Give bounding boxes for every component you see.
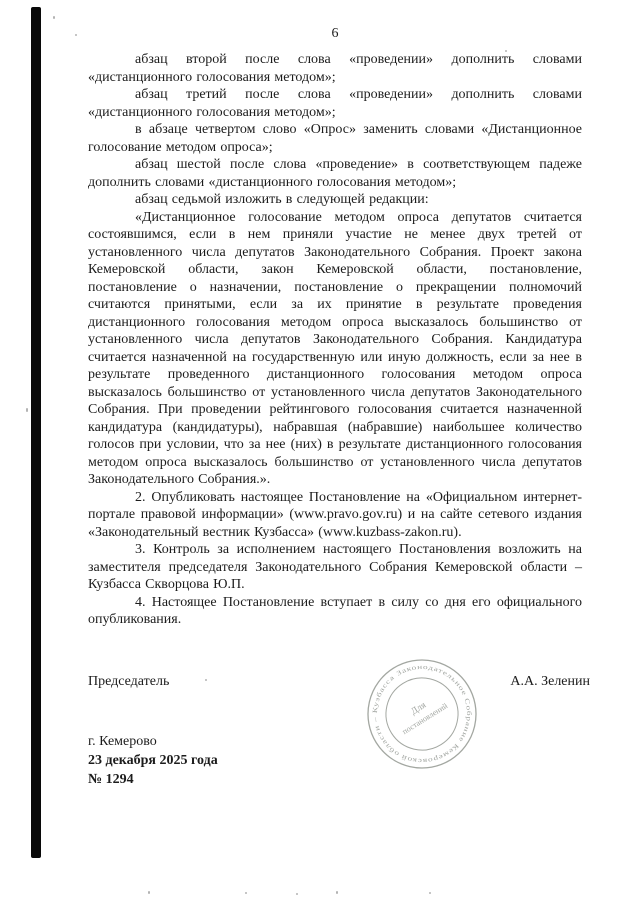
signature-name: А.А. Зеленин xyxy=(510,674,590,690)
scan-speck xyxy=(429,892,431,894)
paragraph: 4. Настоящее Постановление вступает в си… xyxy=(88,594,582,629)
paragraph: абзац седьмой изложить в следующей редак… xyxy=(88,191,582,209)
stamp-outer-ring xyxy=(364,656,480,772)
scan-speck xyxy=(245,892,247,894)
scan-speck xyxy=(505,50,507,52)
scan-speck xyxy=(53,16,55,19)
paragraph: 3. Контроль за исполнением настоящего По… xyxy=(88,541,582,594)
paragraph: абзац второй после слова «проведении» до… xyxy=(88,51,582,86)
paragraph: 2. Опубликовать настоящее Постановление … xyxy=(88,489,582,542)
scan-speck xyxy=(75,34,77,36)
footer-doc-number: № 1294 xyxy=(88,770,218,789)
official-stamp-seal: Законодательное Собрание Кемеровской обл… xyxy=(364,656,480,772)
page-number: 6 xyxy=(88,26,582,42)
scan-speck xyxy=(296,893,298,895)
scan-speck xyxy=(336,891,338,894)
svg-text:Законодательное Собрание Кемер: Законодательное Собрание Кемеровской обл… xyxy=(364,656,480,772)
paragraph: абзац третий после слова «проведении» до… xyxy=(88,86,582,121)
paragraph: в абзаце четвертом слово «Опрос» заменит… xyxy=(88,121,582,156)
footer-date: 23 декабря 2025 года xyxy=(88,751,218,770)
scan-speck xyxy=(26,408,28,412)
scan-artifact-bar xyxy=(31,7,41,858)
document-page: 6 абзац второй после слова «проведении» … xyxy=(0,0,640,905)
document-body: абзац второй после слова «проведении» до… xyxy=(88,51,582,629)
signature-row: Председатель А.А. Зеленин xyxy=(88,674,590,690)
footer-city: г. Кемерово xyxy=(88,732,218,751)
paragraph: «Дистанционное голосование методом опрос… xyxy=(88,209,582,489)
scan-speck xyxy=(148,891,150,894)
scan-speck xyxy=(205,679,207,681)
stamp-ring-text: Законодательное Собрание Кемеровской обл… xyxy=(364,656,480,772)
signature-title: Председатель xyxy=(88,674,169,690)
paragraph: абзац шестой после слова «проведение» в … xyxy=(88,156,582,191)
footer-block: г. Кемерово 23 декабря 2025 года № 1294 xyxy=(88,732,218,789)
